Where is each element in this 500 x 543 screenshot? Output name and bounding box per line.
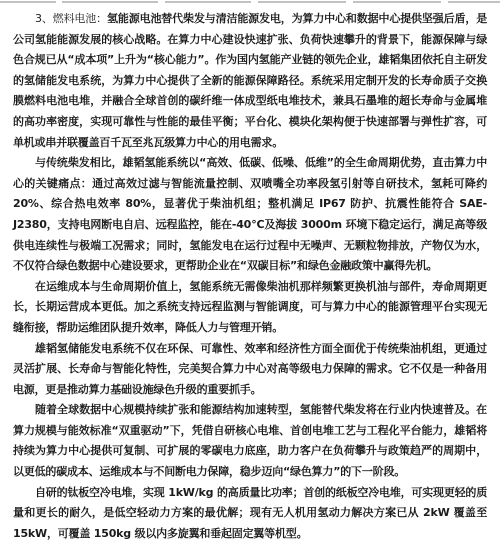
remnant-segment [0,1,56,3]
paragraph-text: 与传统柴发相比，雄韬氢能系统以“高效、低碳、低噪、低维”的全生命周期优势，直击算… [13,156,487,272]
paragraph-advantages-summary: 雄韬氢储能发电系统不仅在环保、可靠性、效率和经济性方面全面优于传统柴油机组，更通… [13,339,487,401]
paragraph-vs-diesel: 与传统柴发相比，雄韬氢能系统以“高效、低碳、低噪、低维”的全生命周期优势，直击算… [13,153,487,277]
paragraph-opex-lifecycle: 在运维成本与生命周期价值上，氢能系统无需像柴油机那样频繁更换机油与部件，寿命周期… [13,277,487,339]
paragraph-text: 雄韬氢储能发电系统不仅在环保、可靠性、效率和经济性方面全面优于传统柴油机组，更通… [13,342,487,396]
section-label: 3、燃料电池： [35,12,107,25]
document-body: 3、燃料电池：氢能源电池替代柴发与清洁能源发电，为算力中心和数据中心提供坚强后盾… [0,9,500,543]
paragraph-text: 自研的钛板空冷电堆，实现 1kW/kg 的高质量比功率；首创的纸板空冷电堆，可实… [13,486,487,540]
remnant-segment [353,1,441,3]
paragraph-text: 在运维成本与生命周期价值上，氢能系统无需像柴油机那样频繁更换机油与部件，寿命周期… [13,280,487,334]
paragraph-fuel-cell-overview: 3、燃料电池：氢能源电池替代柴发与清洁能源发电，为算力中心和数据中心提供坚强后盾… [13,9,487,153]
paragraph-text: 随着全球数据中心规模持续扩张和能源结构加速转型，氢能替代柴发将在行业内快速普及。… [13,403,487,478]
remnant-segment [258,1,346,3]
remnant-segment [448,1,500,3]
remnant-segment [165,1,251,3]
paragraph-industry-trend: 随着全球数据中心规模持续扩张和能源结构加速转型，氢能替代柴发将在行业内快速普及。… [13,400,487,482]
paragraph-text: 氢能源电池替代柴发与清洁能源发电，为算力中心和数据中心提供坚强后盾，是公司氢能能… [13,12,487,149]
remnant-segment [62,1,158,3]
cutoff-previous-line [0,1,500,4]
paragraph-air-cooled-stacks: 自研的钛板空冷电堆，实现 1kW/kg 的高质量比功率；首创的纸板空冷电堆，可实… [13,483,487,543]
